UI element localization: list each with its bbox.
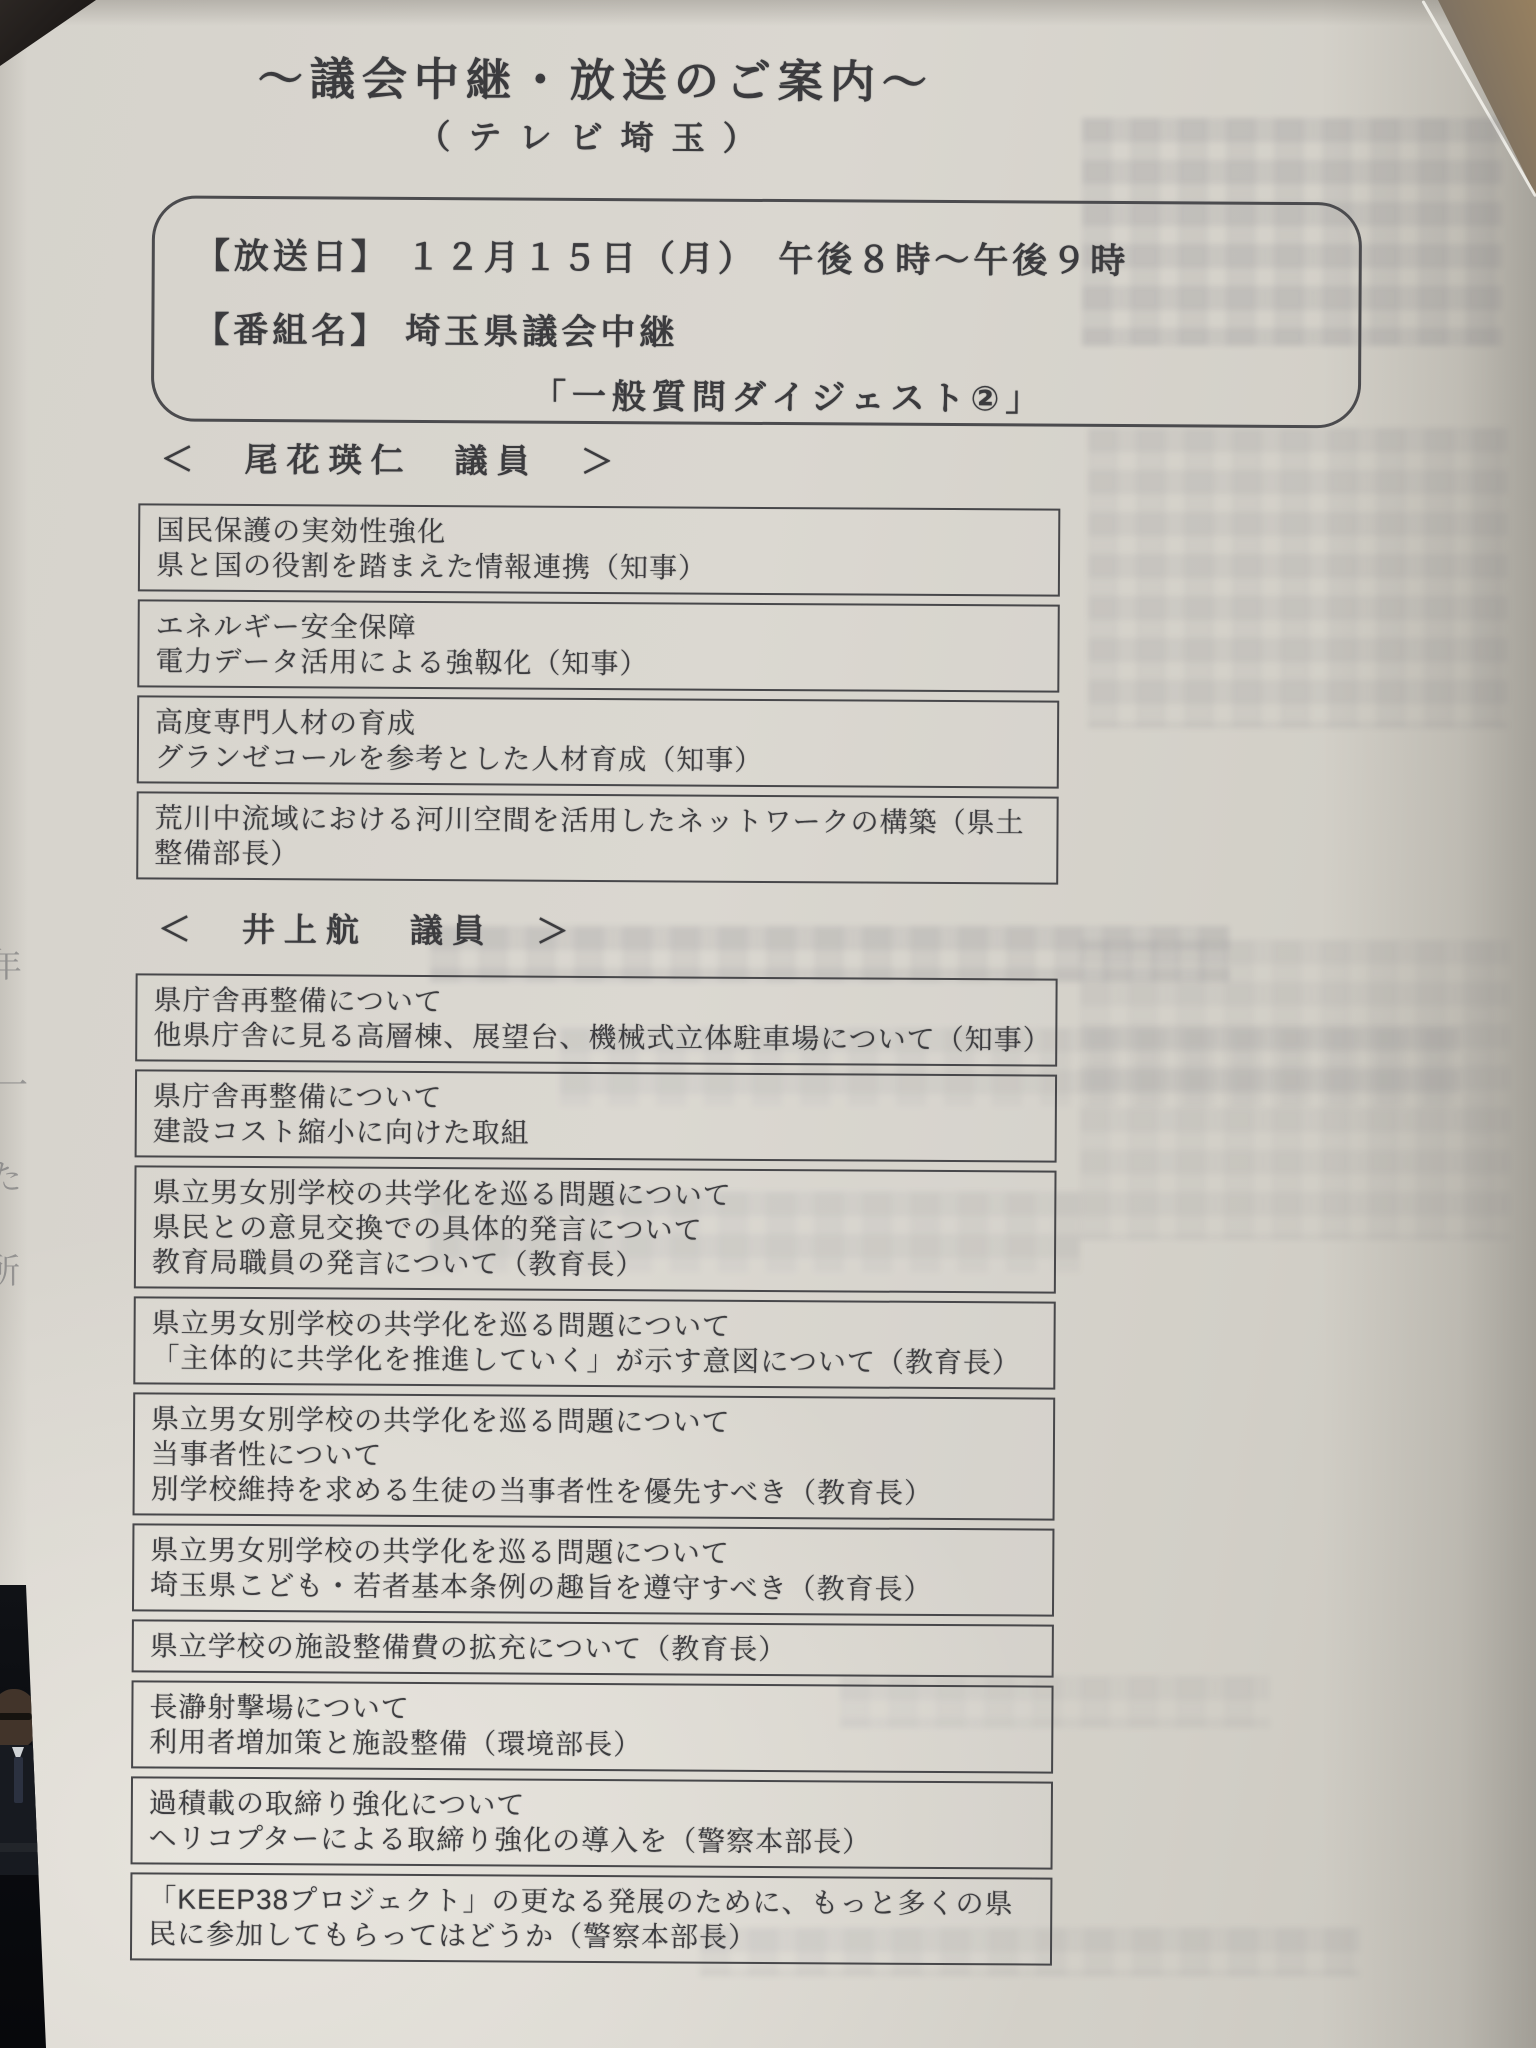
question-line: 県立男女別学校の共学化を巡る問題について — [152, 1305, 1038, 1345]
question-row: 高度専門人材の育成グランゼコールを参考とした人材育成（知事） — [137, 695, 1059, 788]
question-line: 別学校維持を求める生徒の当事者性を優先すべき（教育長） — [151, 1471, 1037, 1511]
question-row: 県庁舎再整備について建設コスト縮小に向けた取組 — [135, 1069, 1057, 1162]
question-line: 過積載の取締り強化について — [149, 1785, 1035, 1825]
question-tables: ＜ 尾花瑛仁 議員 ＞ 国民保護の実効性強化県と国の役割を踏まえた情報連携（知事… — [130, 439, 1061, 1973]
question-row: エネルギー安全保障電力データ活用による強靱化（知事） — [137, 599, 1059, 692]
question-row: 長瀞射撃場について利用者増加策と施設整備（環境部長） — [131, 1680, 1053, 1773]
broadcast-date-label: 【放送日】 — [195, 237, 390, 277]
broadcast-info-box: 【放送日】１２月１５日（月） 午後８時～午後９時 【番組名】埼玉県議会中継 「一… — [151, 195, 1362, 428]
question-line: エネルギー安全保障 — [156, 608, 1042, 648]
question-row: 過積載の取締り強化についてヘリコプターによる取締り強化の導入を（警察本部長） — [131, 1776, 1053, 1869]
question-row: 県立男女別学校の共学化を巡る問題について県民との意見交換での具体的発言について教… — [134, 1165, 1057, 1293]
program-name-line: 【番組名】埼玉県議会中継 — [194, 303, 1318, 359]
question-row: 県立学校の施設整備費の拡充について（教育長） — [132, 1619, 1054, 1677]
question-line: グランゼコールを参考とした人材育成（知事） — [155, 739, 1041, 779]
program-subtitle: 「一般質問ダイジェスト②」 — [194, 367, 1318, 422]
question-line: 「KEEP38プロジェクト」の更なる発展のために、もっと多くの県民に参加してもら… — [148, 1881, 1034, 1956]
question-line: 県立男女別学校の共学化を巡る問題について — [150, 1532, 1036, 1572]
question-line: 県庁舎再整備について — [153, 982, 1039, 1022]
question-line: 県立男女別学校の共学化を巡る問題について — [152, 1174, 1038, 1214]
question-line: 長瀞射撃場について — [149, 1689, 1035, 1729]
question-line: 国民保護の実効性強化 — [156, 512, 1042, 552]
question-line: 県立学校の施設整備費の拡充について（教育長） — [150, 1628, 1036, 1668]
question-line: 高度専門人材の育成 — [155, 704, 1041, 744]
question-line: 埼玉県こども・若者基本条例の趣旨を遵守すべき（教育長） — [150, 1567, 1036, 1607]
question-line: 県立男女別学校の共学化を巡る問題について — [151, 1401, 1037, 1441]
printed-content: ～議会中継・放送のご案内～ （テレビ埼玉） 【放送日】１２月１５日（月） 午後８… — [0, 0, 1536, 2048]
page-subtitle: （テレビ埼玉） — [0, 109, 1190, 163]
question-table: 国民保護の実効性強化県と国の役割を踏まえた情報連携（知事）エネルギー安全保障電力… — [136, 503, 1060, 884]
photo-of-document: 年 一 た 所 ～議会中継・放送のご案内～ （テレビ埼玉） 【放送日】１２月１５… — [0, 0, 1536, 2048]
assembly-member-section: ＜ 井上航 議員 ＞ 県庁舎再整備について他県庁舎に見る高層棟、展望台、機械式立… — [130, 909, 1058, 1965]
question-line: 県庁舎再整備について — [153, 1078, 1039, 1118]
page-title: ～議会中継・放送のご案内～ — [1, 41, 1191, 113]
question-table: 県庁舎再整備について他県庁舎に見る高層棟、展望台、機械式立体駐車場について（知事… — [130, 973, 1058, 1965]
question-line: 他県庁舎に見る高層棟、展望台、機械式立体駐車場について（知事） — [153, 1017, 1039, 1057]
program-name-label: 【番組名】 — [194, 311, 389, 351]
question-row: 県立男女別学校の共学化を巡る問題について「主体的に共学化を推進していく」が示す意… — [133, 1296, 1055, 1389]
broadcast-date-line: 【放送日】１２月１５日（月） 午後８時～午後９時 — [195, 229, 1319, 285]
question-row: 県庁舎再整備について他県庁舎に見る高層棟、展望台、機械式立体駐車場について（知事… — [135, 973, 1057, 1066]
question-line: ヘリコプターによる取締り強化の導入を（警察本部長） — [149, 1820, 1035, 1860]
question-row: 県立男女別学校の共学化を巡る問題について埼玉県こども・若者基本条例の趣旨を遵守す… — [132, 1523, 1054, 1616]
question-line: 県と国の役割を踏まえた情報連携（知事） — [156, 547, 1042, 587]
question-line: 県民との意見交換での具体的発言について — [152, 1209, 1038, 1249]
assembly-member-section: ＜ 尾花瑛仁 議員 ＞ 国民保護の実効性強化県と国の役割を踏まえた情報連携（知事… — [136, 439, 1061, 884]
program-name-value: 埼玉県議会中継 — [405, 312, 678, 353]
question-row: 「KEEP38プロジェクト」の更なる発展のために、もっと多くの県民に参加してもら… — [130, 1872, 1052, 1965]
question-line: 教育局職員の発言について（教育長） — [152, 1244, 1038, 1284]
question-row: 県立男女別学校の共学化を巡る問題について当事者性について別学校維持を求める生徒の… — [133, 1392, 1056, 1520]
question-line: 当事者性について — [151, 1436, 1037, 1476]
question-line: 荒川中流域における河川空間を活用したネットワークの構築（県土整備部長） — [154, 800, 1040, 875]
assembly-member-header: ＜ 井上航 議員 ＞ — [158, 909, 1058, 954]
broadcast-date-value: １２月１５日（月） 午後８時～午後９時 — [406, 238, 1130, 281]
question-line: 建設コスト縮小に向けた取組 — [153, 1113, 1039, 1153]
question-line: 「主体的に共学化を推進していく」が示す意図について（教育長） — [151, 1340, 1037, 1380]
question-row: 国民保護の実効性強化県と国の役割を踏まえた情報連携（知事） — [138, 503, 1060, 596]
question-line: 電力データ活用による強靱化（知事） — [155, 643, 1041, 683]
question-line: 利用者増加策と施設整備（環境部長） — [149, 1724, 1035, 1764]
assembly-member-header: ＜ 尾花瑛仁 議員 ＞ — [160, 439, 1060, 484]
question-row: 荒川中流域における河川空間を活用したネットワークの構築（県土整備部長） — [136, 791, 1058, 884]
